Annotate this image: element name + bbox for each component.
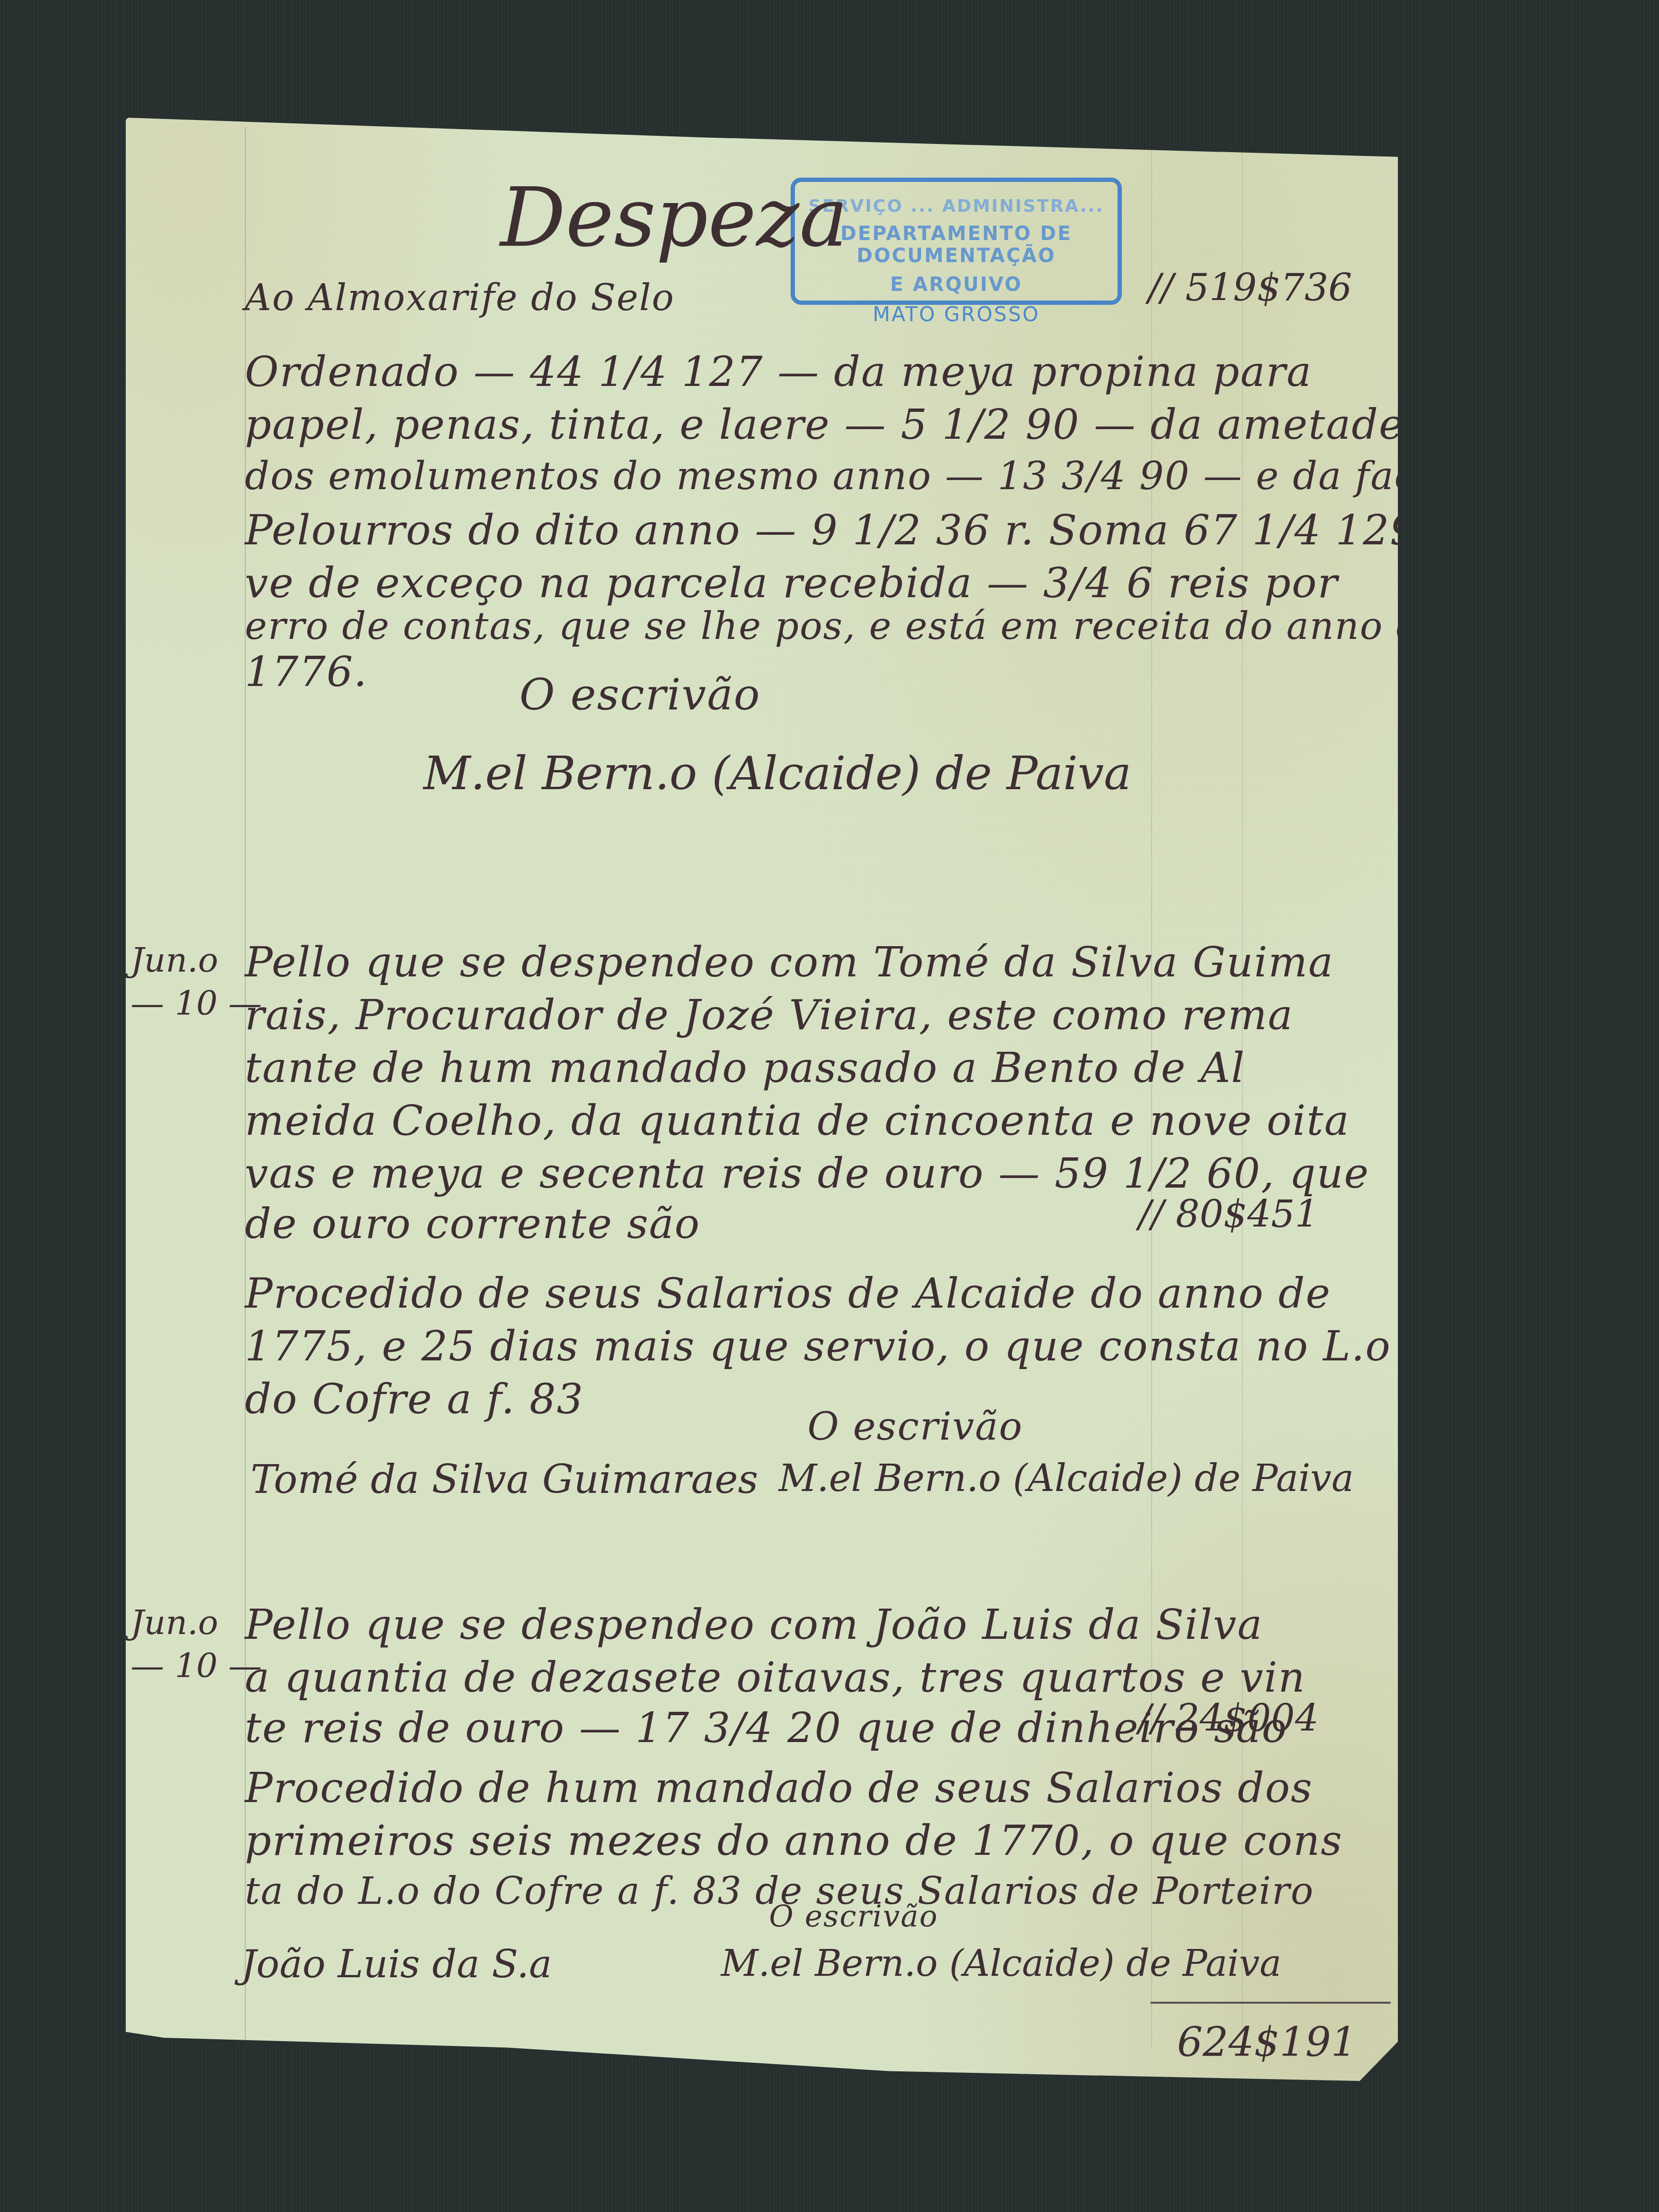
entry3-line: a quantia de dezasete oitavas, tres quar… bbox=[245, 1654, 1306, 1702]
entry2-line: tante de hum mandado passado a Bento de … bbox=[245, 1044, 1245, 1092]
entry2-line: vas e meya e secenta reis de ouro — 59 1… bbox=[245, 1150, 1370, 1198]
entry1-line: ve de exceço na parcela recebida — 3/4 6… bbox=[245, 559, 1338, 607]
entry2-amount: // 80$451 bbox=[1139, 1193, 1319, 1236]
entry2-line: 1775, e 25 dias mais que servio, o que c… bbox=[245, 1322, 1391, 1370]
entry1-signature: M.el Bern.o (Alcaide) de Paiva bbox=[423, 746, 1131, 800]
entry3-margin-date: Jun.o — 10 — bbox=[131, 1601, 262, 1687]
entry2-escrivao-label: O escrivão bbox=[807, 1404, 1023, 1449]
margin-date-month: Jun.o bbox=[131, 938, 262, 982]
entry3-line: primeiros seis mezes do anno de 1770, o … bbox=[245, 1817, 1343, 1865]
entry2-signature-left: Tomé da Silva Guimaraes bbox=[251, 1457, 758, 1503]
entry2-line: de ouro corrente são bbox=[245, 1200, 700, 1248]
entry1-line: Ao Almoxarife do Selo bbox=[245, 276, 675, 319]
entry1-escrivao-label: O escrivão bbox=[519, 670, 761, 720]
entry3-line: te reis de ouro — 17 3/4 20 que de dinhe… bbox=[245, 1704, 1287, 1752]
total-rule bbox=[1151, 2002, 1391, 2004]
stamp-line-3: E ARQUIVO bbox=[795, 274, 1118, 296]
entry2-line: do Cofre a f. 83 bbox=[245, 1375, 584, 1423]
entry1-amount: // 519$736 bbox=[1148, 266, 1352, 310]
manuscript-page: SERVIÇO ... ADMINISTRA... DEPARTAMENTO D… bbox=[126, 118, 1398, 2081]
entry1-line: Pelourros do dito anno — 9 1/2 36 r. Som… bbox=[245, 506, 1575, 554]
margin-date-day: — 10 — bbox=[131, 982, 262, 1025]
page-heading: Despeza bbox=[500, 170, 848, 265]
entry1-line: papel, penas, tinta, e laere — 5 1/2 90 … bbox=[245, 401, 1404, 449]
entry2-line: Procedido de seus Salarios de Alcaide do… bbox=[245, 1270, 1331, 1318]
grand-total: 624$191 bbox=[1177, 2019, 1357, 2066]
entry2-signature-right: M.el Bern.o (Alcaide) de Paiva bbox=[779, 1457, 1354, 1500]
entry3-line: Pello que se despendeo com João Luis da … bbox=[245, 1601, 1263, 1649]
entry3-line: Procedido de hum mandado de seus Salario… bbox=[245, 1764, 1313, 1812]
entry2-margin-date: Jun.o — 10 — bbox=[131, 938, 262, 1025]
entry2-line: rais, Procurador de Jozé Vieira, este co… bbox=[245, 991, 1294, 1039]
entry3-escrivao-label: O escrivão bbox=[769, 1899, 938, 1934]
entry3-signature-left: João Luis da S.a bbox=[241, 1942, 552, 1986]
entry2-line: Pello que se despendeo com Tomé da Silva… bbox=[245, 938, 1334, 986]
stamp-line-4: MATO GROSSO bbox=[795, 302, 1118, 326]
margin-date-day: — 10 — bbox=[131, 1644, 262, 1687]
entry3-amount: // 24$004 bbox=[1139, 1697, 1319, 1740]
margin-date-month: Jun.o bbox=[131, 1601, 262, 1644]
entry2-line: meida Coelho, da quantia de cincoenta e … bbox=[245, 1097, 1350, 1145]
entry1-line: dos emolumentos do mesmo anno — 13 3/4 9… bbox=[245, 454, 1586, 498]
entry3-signature-right: M.el Bern.o (Alcaide) de Paiva bbox=[721, 1942, 1281, 1984]
entry1-line: Ordenado — 44 1/4 127 — da meya propina … bbox=[245, 348, 1312, 396]
entry1-line: erro de contas, que se lhe pos, e está e… bbox=[245, 605, 1444, 648]
entry1-line: 1776. bbox=[245, 648, 368, 696]
